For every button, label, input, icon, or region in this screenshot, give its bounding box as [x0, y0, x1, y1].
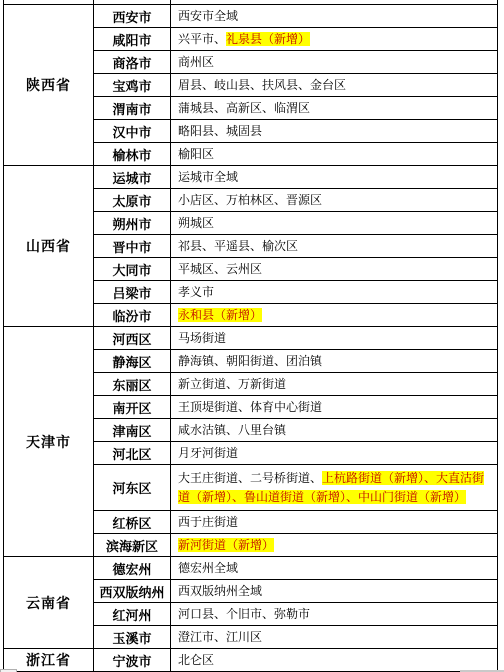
- document-page: 陕西省西安市西安市全域咸阳市兴平市、礼泉县（新增）商洛市商州区宝鸡市眉县、岐山县…: [0, 0, 504, 672]
- city-cell: 榆林市: [94, 143, 171, 166]
- city-cell: 渭南市: [94, 97, 171, 120]
- city-cell: 河西区: [94, 327, 171, 350]
- area-text: 蒲城县、高新区、临渭区: [178, 101, 310, 115]
- area-text: 眉县、岐山县、扶风县、金台区: [178, 78, 346, 92]
- areas-cell: 新河街道（新增）: [171, 534, 498, 557]
- city-cell: 红河州: [94, 603, 171, 626]
- area-text: 德宏州全域: [178, 561, 238, 575]
- area-text: 榆阳区: [178, 147, 214, 161]
- city-cell: 晋中市: [94, 235, 171, 258]
- areas-cell: 眉县、岐山县、扶风县、金台区: [171, 74, 498, 97]
- area-text: 静海镇、朝阳街道、团泊镇: [178, 354, 322, 368]
- areas-cell: 静海镇、朝阳街道、团泊镇: [171, 350, 498, 373]
- city-cell: 太原市: [94, 189, 171, 212]
- city-cell: 津南区: [94, 419, 171, 442]
- province-cell: 山西省: [4, 166, 94, 327]
- city-cell: 西安市: [94, 5, 171, 28]
- city-cell: 德宏州: [94, 557, 171, 580]
- area-text: 商州区: [178, 55, 214, 69]
- city-cell: 河北区: [94, 442, 171, 465]
- areas-cell: 新立街道、万新街道: [171, 373, 498, 396]
- city-cell: 滨海新区: [94, 534, 171, 557]
- area-text: 月牙河街道: [178, 446, 238, 460]
- area-text: 西安市全域: [178, 9, 238, 23]
- areas-cell: 兴平市、礼泉县（新增）: [171, 28, 498, 51]
- areas-cell: 西于庄街道: [171, 511, 498, 534]
- city-cell: 朔州市: [94, 212, 171, 235]
- city-cell: 运城市: [94, 166, 171, 189]
- table-row: 天津市河西区马场街道: [4, 327, 498, 350]
- areas-cell: 西双版纳州全域: [171, 580, 498, 603]
- city-cell: 咸阳市: [94, 28, 171, 51]
- areas-cell: 大王庄街道、二号桥街道、上杭路街道（新增）、大直沽街道（新增）、鲁山道街道（新增…: [171, 465, 498, 511]
- city-cell: 大同市: [94, 258, 171, 281]
- table-row: 陕西省西安市西安市全域: [4, 5, 498, 28]
- areas-cell: 西安市全域: [171, 5, 498, 28]
- area-text: 平城区、云州区: [178, 262, 262, 276]
- areas-cell: 德宏州全域: [171, 557, 498, 580]
- area-text-highlighted: 永和县（新增）: [178, 308, 262, 322]
- area-text-highlighted: 新河街道（新增）: [178, 538, 274, 552]
- city-cell: 静海区: [94, 350, 171, 373]
- areas-cell: 蒲城县、高新区、临渭区: [171, 97, 498, 120]
- table-row: 云南省德宏州德宏州全域: [4, 557, 498, 580]
- province-cell: 陕西省: [4, 5, 94, 166]
- province-cell: 云南省: [4, 557, 94, 649]
- area-text: 朔城区: [178, 216, 214, 230]
- city-cell: 临汾市: [94, 304, 171, 327]
- table-row: 山西省运城市运城市全域: [4, 166, 498, 189]
- areas-cell: 永和县（新增）: [171, 304, 498, 327]
- area-text: 西双版纳州全域: [178, 584, 262, 598]
- province-cell: 浙江省: [4, 649, 94, 672]
- areas-cell: 小店区、万柏林区、晋源区: [171, 189, 498, 212]
- city-cell: 河东区: [94, 465, 171, 511]
- city-cell: 商洛市: [94, 51, 171, 74]
- area-text: 孝义市: [178, 285, 214, 299]
- areas-cell: 河口县、个旧市、弥勒市: [171, 603, 498, 626]
- areas-cell: 祁县、平遥县、榆次区: [171, 235, 498, 258]
- area-text: 略阳县、城固县: [178, 124, 262, 138]
- city-cell: 宝鸡市: [94, 74, 171, 97]
- region-table: 陕西省西安市西安市全域咸阳市兴平市、礼泉县（新增）商洛市商州区宝鸡市眉县、岐山县…: [3, 0, 498, 672]
- area-text-highlighted: 礼泉县（新增）: [226, 32, 310, 46]
- city-cell: 南开区: [94, 396, 171, 419]
- areas-cell: 北仑区: [171, 649, 498, 672]
- areas-cell: 澄江市、江川区: [171, 626, 498, 649]
- areas-cell: 平城区、云州区: [171, 258, 498, 281]
- area-text: 新立街道、万新街道: [178, 377, 286, 391]
- area-text: 运城市全域: [178, 170, 238, 184]
- area-text: 马场街道: [178, 331, 226, 345]
- areas-cell: 王顶堤街道、体育中心街道: [171, 396, 498, 419]
- areas-cell: 朔城区: [171, 212, 498, 235]
- area-text: 咸水沽镇、八里台镇: [178, 423, 286, 437]
- province-cell: 天津市: [4, 327, 94, 557]
- area-text: 王顶堤街道、体育中心街道: [178, 400, 322, 414]
- area-text: 河口县、个旧市、弥勒市: [178, 607, 310, 621]
- area-text: 大王庄街道、二号桥街道、: [178, 471, 322, 485]
- city-cell: 汉中市: [94, 120, 171, 143]
- city-cell: 西双版纳州: [94, 580, 171, 603]
- areas-cell: 商州区: [171, 51, 498, 74]
- area-text: 澄江市、江川区: [178, 630, 262, 644]
- areas-cell: 榆阳区: [171, 143, 498, 166]
- city-cell: 东丽区: [94, 373, 171, 396]
- areas-cell: 马场街道: [171, 327, 498, 350]
- city-cell: 吕梁市: [94, 281, 171, 304]
- city-cell: 宁波市: [94, 649, 171, 672]
- areas-cell: 略阳县、城固县: [171, 120, 498, 143]
- areas-cell: 运城市全域: [171, 166, 498, 189]
- region-table-body: 陕西省西安市西安市全域咸阳市兴平市、礼泉县（新增）商洛市商州区宝鸡市眉县、岐山县…: [4, 0, 498, 672]
- area-text: 北仑区: [178, 653, 214, 667]
- area-text: 兴平市、: [178, 32, 226, 46]
- area-text: 小店区、万柏林区、晋源区: [178, 193, 322, 207]
- areas-cell: 月牙河街道: [171, 442, 498, 465]
- area-text: 西于庄街道: [178, 515, 238, 529]
- city-cell: 红桥区: [94, 511, 171, 534]
- area-text: 祁县、平遥县、榆次区: [178, 239, 298, 253]
- table-row: 浙江省宁波市北仑区: [4, 649, 498, 672]
- areas-cell: 孝义市: [171, 281, 498, 304]
- city-cell: 玉溪市: [94, 626, 171, 649]
- areas-cell: 咸水沽镇、八里台镇: [171, 419, 498, 442]
